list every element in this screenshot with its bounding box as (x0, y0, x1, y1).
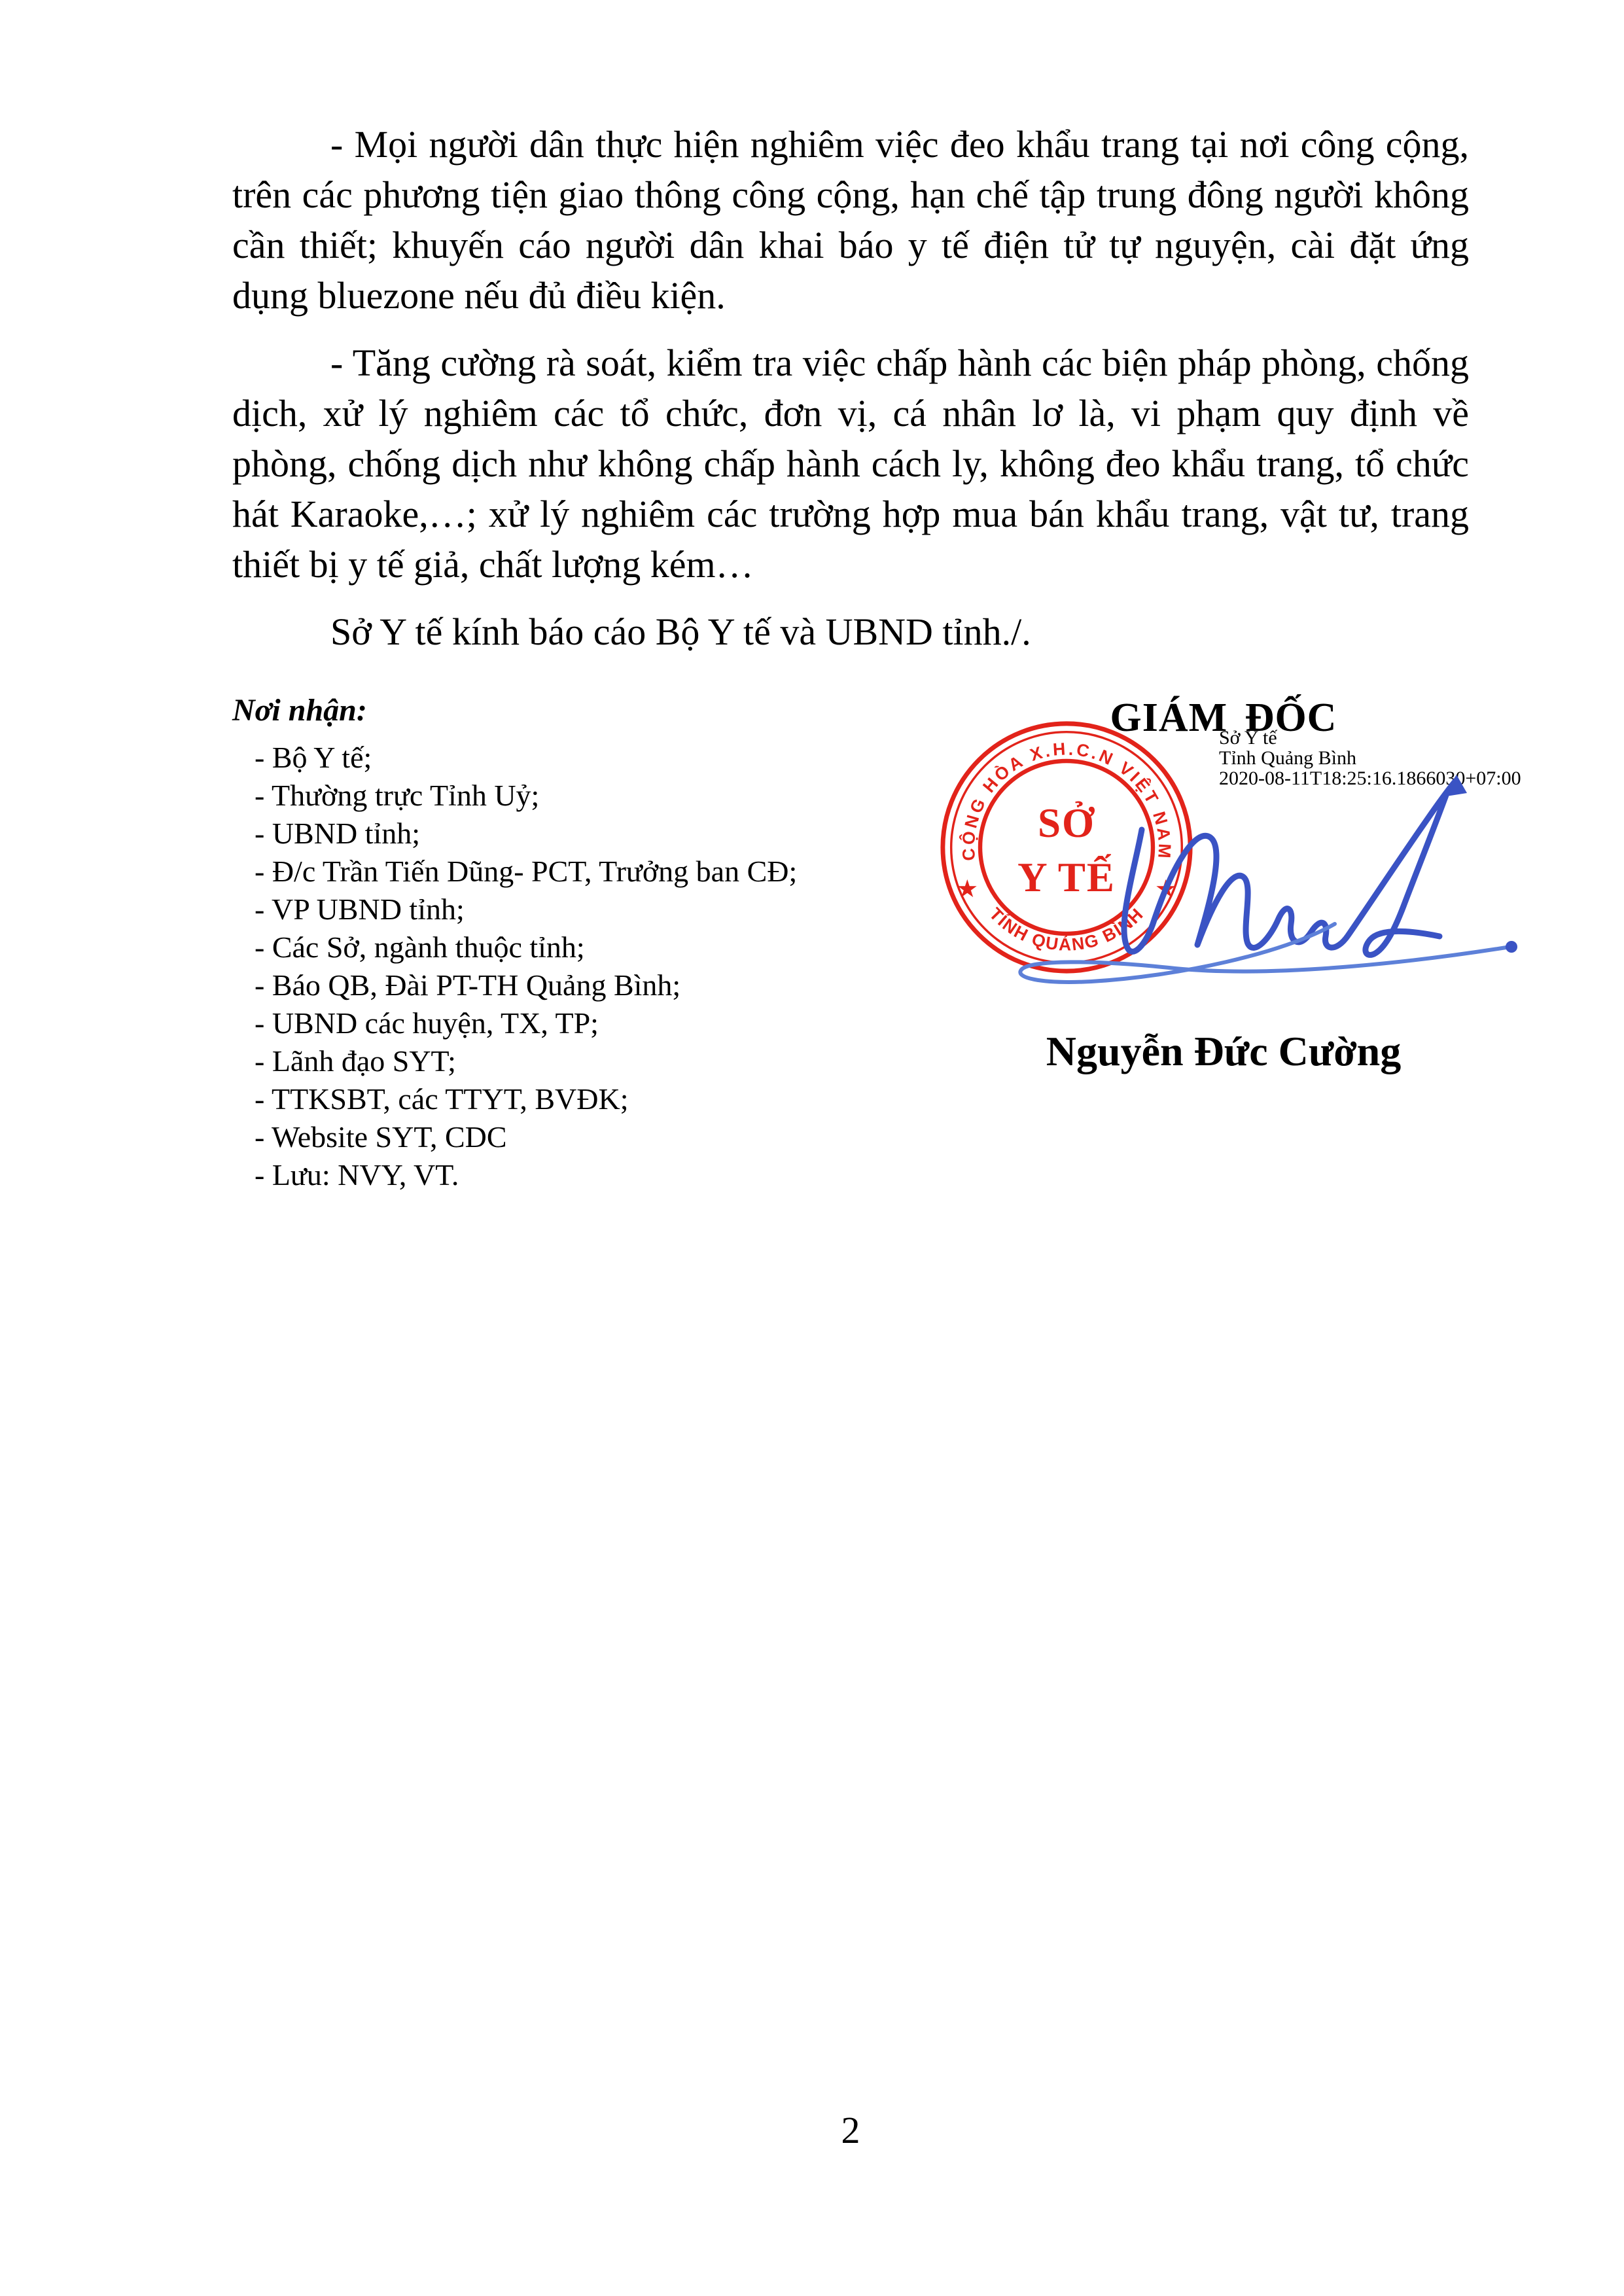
digital-signature-org: Sở Y tế (1219, 728, 1521, 748)
recipient-item: - Bộ Y tế; (232, 739, 952, 777)
recipient-item: - Lãnh đạo SYT; (232, 1042, 952, 1080)
recipient-item: - Đ/c Trần Tiến Dũng- PCT, Trưởng ban CĐ… (232, 853, 952, 891)
signer-name: Nguyễn Đức Cường (975, 1027, 1472, 1076)
recipient-item: - Các Sở, ngành thuộc tỉnh; (232, 928, 952, 966)
paragraph-1: - Mọi người dân thực hiện nghiêm việc đe… (232, 119, 1469, 321)
paragraph-2: - Tăng cường rà soát, kiểm tra việc chấp… (232, 338, 1469, 590)
recipient-item: - UBND các huyện, TX, TP; (232, 1004, 952, 1042)
recipient-item: - Lưu: NVY, VT. (232, 1156, 952, 1194)
recipient-item: - Website SYT, CDC (232, 1118, 952, 1156)
signature-stroke (1124, 781, 1455, 955)
recipient-item: - VP UBND tỉnh; (232, 891, 952, 928)
signature-end-dot (1506, 941, 1517, 953)
body-text: - Mọi người dân thực hiện nghiêm việc đe… (232, 119, 1469, 657)
page-number: 2 (232, 2108, 1469, 2152)
recipient-item: - TTKSBT, các TTYT, BVĐK; (232, 1080, 952, 1118)
recipient-item: - Báo QB, Đài PT-TH Quảng Bình; (232, 966, 952, 1004)
document-page: - Mọi người dân thực hiện nghiêm việc đe… (0, 0, 1624, 2296)
paragraph-closing: Sở Y tế kính báo cáo Bộ Y tế và UBND tỉn… (232, 607, 1469, 657)
signature-ink (916, 752, 1538, 1001)
recipients-heading: Nơi nhận: (232, 692, 952, 728)
recipient-item: - Thường trực Tỉnh Uỷ; (232, 777, 952, 815)
recipients-block: Nơi nhận: - Bộ Y tế; - Thường trực Tỉnh … (232, 692, 952, 1194)
signature-arrow-tip (1442, 775, 1467, 797)
recipient-item: - UBND tỉnh; (232, 815, 952, 853)
